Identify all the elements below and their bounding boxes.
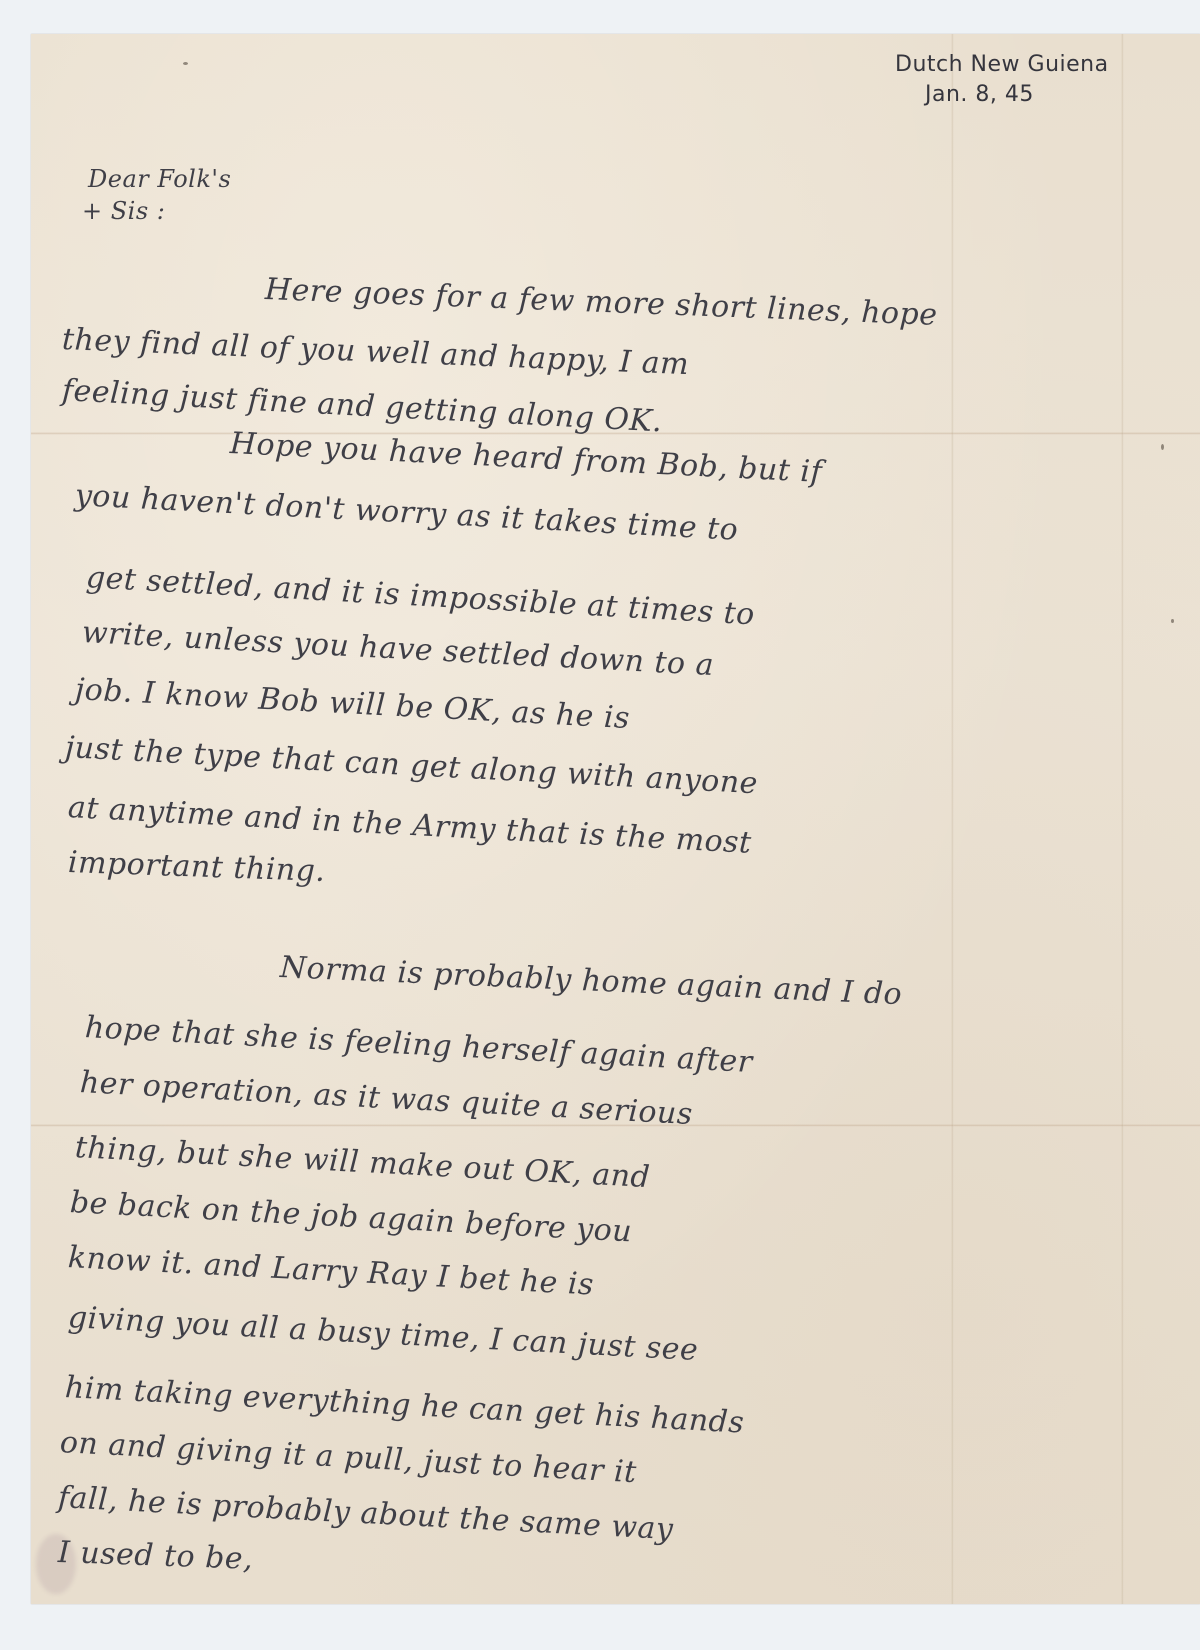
fold-line-vertical [1121,34,1124,1604]
paper-speck [1171,619,1174,623]
letter-line: I used to be, [57,1535,253,1577]
fold-line-vertical [951,34,954,1604]
paper-speck [183,62,188,65]
paper-speck [1161,444,1164,450]
salutation-line-2: + Sis : [82,197,165,225]
letter-location: Dutch New Guiena [895,52,1109,77]
salutation-line-1: Dear Folk's [88,165,231,193]
letter-date: Jan. 8, 45 [925,82,1034,107]
